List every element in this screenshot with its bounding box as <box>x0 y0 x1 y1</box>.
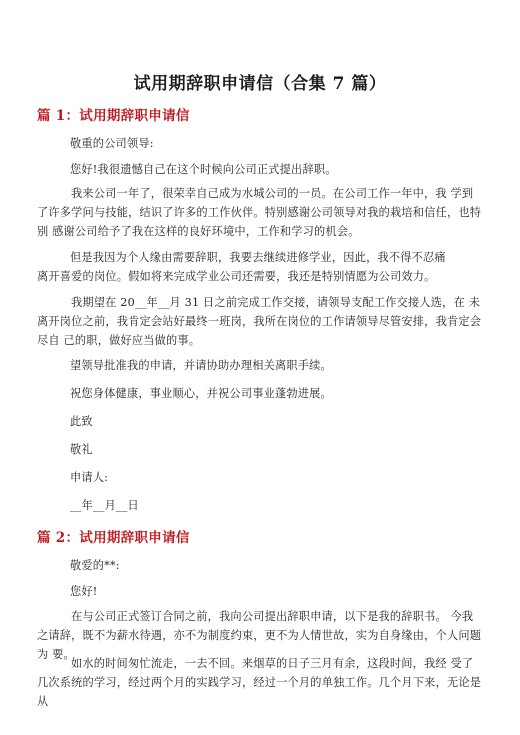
salutation-2: 敬爱的**: <box>70 557 120 573</box>
document-title: 试用期辞职申请信（合集 7 篇） <box>0 69 520 94</box>
closing-cizhi: 此致 <box>70 413 93 429</box>
section-heading-1: 篇 1：试用期辞职申请信 <box>37 104 190 124</box>
paragraph-1-6: 祝您身体健康，事业顺心，并祝公司事业蓬勃进展。 <box>70 385 332 401</box>
document-page: 试用期辞职申请信（合集 7 篇） 篇 1：试用期辞职申请信 敬重的公司领导: 您… <box>0 0 520 735</box>
paragraph-1-2-text: 我来公司一年了，很荣幸自己成为水城公司的一员。在公司工作一年中，我 学到了许多学… <box>37 187 481 238</box>
greeting-2: 您好! <box>70 583 97 599</box>
paragraph-1-5: 望领导批准我的申请，并请协助办理相关离职手续。 <box>70 357 332 373</box>
paragraph-1-3a: 但是我因为个人缘由需要辞职，我要去继续进修学业，因此，我不得不忍痛 <box>70 249 446 265</box>
closing-jingli: 敬礼 <box>70 441 93 457</box>
paragraph-2-2: 如水的时间匆忙流走，一去不回。来烟草的日子三月有余，这段时间，我经 受了几次系统… <box>37 654 483 711</box>
paragraph-1-1: 您好!我很遗憾自己在这个时候向公司正式提出辞职。 <box>70 161 337 177</box>
paragraph-1-4-text: 我期望在 20__年__月 31 日之前完成工作交接，请领导支配工作交接人选，在… <box>37 296 481 347</box>
paragraph-1-3b: 离开喜爱的岗位。假如将来完成学业公司还需要，我还是特别情愿为公司效力。 <box>37 268 436 284</box>
paragraph-1-2: 我来公司一年了，很荣幸自己成为水城公司的一员。在公司工作一年中，我 学到了许多学… <box>37 184 483 241</box>
section-heading-2: 篇 2：试用期辞职申请信 <box>37 526 190 546</box>
date-line: __年__月__日 <box>70 497 139 513</box>
signature-label: 申请人: <box>70 469 108 485</box>
paragraph-1-4: 我期望在 20__年__月 31 日之前完成工作交接，请领导支配工作交接人选，在… <box>37 293 483 350</box>
salutation-1: 敬重的公司领导: <box>70 135 154 151</box>
paragraph-2-2-text: 如水的时间匆忙流走，一去不回。来烟草的日子三月有余，这段时间，我经 受了几次系统… <box>37 657 481 708</box>
